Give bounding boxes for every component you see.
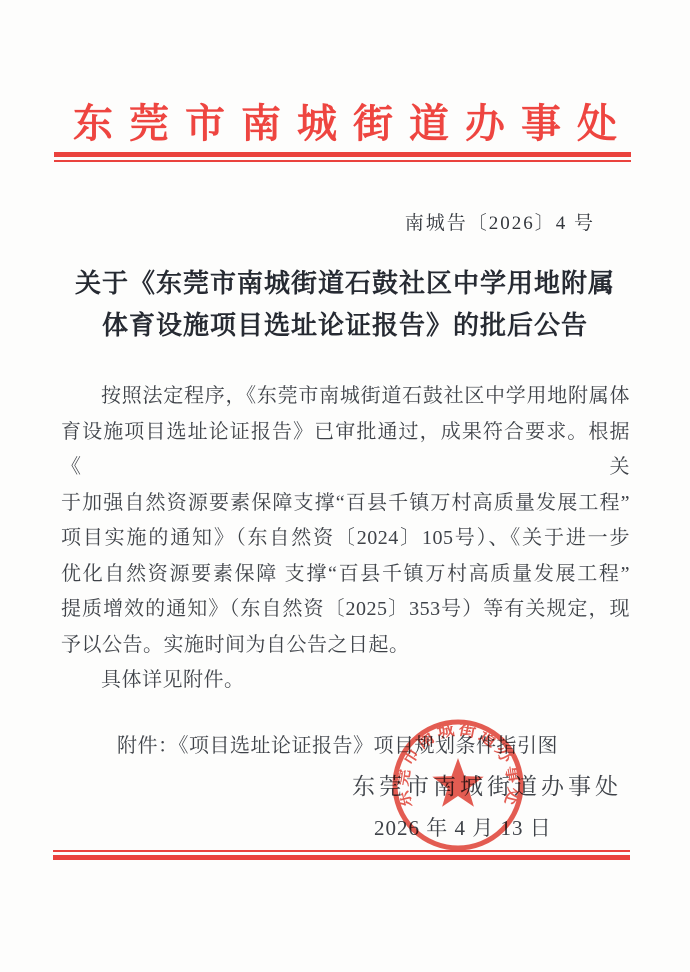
red-separator-bottom: [53, 850, 630, 860]
body-paragraph2: 具体详见附件。: [61, 663, 630, 699]
notice-title: 关于《东莞市南城街道石鼓社区中学用地附属 体育设施项目选址论证报告》的批后公告: [0, 263, 690, 347]
body-paragraph1-line: 于加强自然资源要素保障支撑“百县千镇万村高质量发展工程”: [61, 486, 630, 522]
notice-body: 按照法定程序，《东莞市南城街道石鼓社区中学用地附属体 育设施项目选址论证报告》已…: [61, 379, 630, 764]
signature-organization: 东莞市南城街道办事处: [352, 768, 622, 801]
notice-title-line-1: 关于《东莞市南城街道石鼓社区中学用地附属: [0, 263, 690, 305]
signature-date: 2026 年 4 月 13 日: [374, 812, 552, 842]
body-paragraph1-line: 予以公告。实施时间为自公告之日起。: [61, 628, 630, 664]
body-paragraph1-line: 育设施项目选址论证报告》已审批通过，成果符合要求。根据《关: [61, 415, 630, 486]
body-paragraph1-line: 提质增效的通知》（东自然资〔2025〕353号）等有关规定，现: [61, 592, 630, 628]
body-paragraph1-line: 按照法定程序，《东莞市南城街道石鼓社区中学用地附属体: [61, 379, 630, 415]
document-number: 南城告〔2026〕4 号: [0, 208, 595, 235]
body-paragraph1-line: 项目实施的通知》（东自然资〔2024〕105号）、《关于进一步: [61, 521, 630, 557]
attachment-line: 附件：《项目选址论证报告》项目规划条件指引图: [61, 729, 630, 765]
document-page: 东莞市南城街道办事处 南城告〔2026〕4 号 关于《东莞市南城街道石鼓社区中学…: [0, 0, 690, 972]
separator-thick-bar: [53, 855, 630, 860]
body-paragraph1-line: 优化自然资源要素保障 支撑“百县千镇万村高质量发展工程”: [61, 557, 630, 593]
letterhead-title: 东莞市南城街道办事处: [0, 92, 690, 149]
separator-thin-bar: [54, 160, 631, 162]
red-separator-top: [54, 152, 631, 162]
notice-title-line-2: 体育设施项目选址论证报告》的批后公告: [0, 305, 690, 347]
